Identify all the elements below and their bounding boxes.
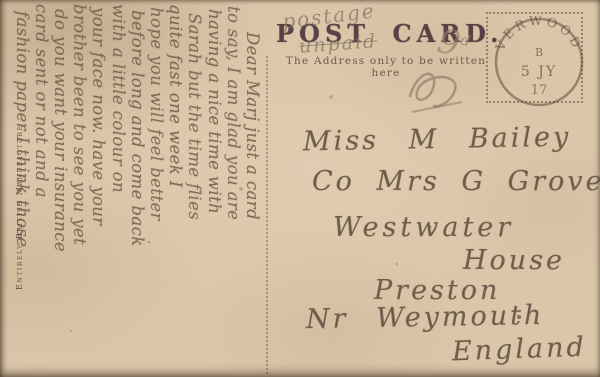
message-line: having a nice time with: [204, 9, 223, 374]
message-line: to say, I am glad you are: [224, 6, 243, 374]
divider-line: [266, 56, 268, 374]
address-line-house-1: Westwater: [333, 212, 514, 243]
message-panel: Dear Marj just a card to say, I am glad …: [6, 2, 262, 374]
address-line-town: Nr Weymouth: [306, 300, 545, 335]
address-line-country: England: [452, 332, 588, 368]
message-line: quite fast one week I: [166, 4, 185, 374]
message-line: card sent or not and a: [32, 4, 51, 374]
message-line: Sarah but the time flies: [185, 13, 204, 374]
postmark-code: B: [535, 46, 543, 59]
postmark: VERWOOD B 5 JY 17: [492, 15, 586, 109]
pencil-scribble-mark: [404, 64, 468, 118]
address-line-care-of: Co Mrs G Groves: [312, 166, 600, 197]
paper-speckles: [0, 0, 2, 2]
address-line-recipient: Miss M Bailey: [303, 122, 572, 158]
message-line: brother been to see you yet: [70, 4, 89, 374]
message-line: Dear Marj just a card: [243, 32, 262, 374]
message-line: do you want your insurance: [51, 9, 70, 374]
message-rotated-block: Dear Marj just a card to say, I am glad …: [6, 2, 262, 374]
message-line: with a little colour on: [108, 4, 127, 374]
pencil-unpaid-note: unpaid: [298, 30, 378, 57]
postmark-year: 17: [531, 83, 548, 98]
message-line: before long and come back: [128, 10, 147, 374]
message-line: your face now. have your: [89, 7, 108, 374]
address-line-house-2: House: [463, 245, 565, 276]
manufacture-imprint: Entirely British Manufacture: [15, 100, 28, 290]
postmark-date: 5 JY: [521, 64, 557, 80]
edge-imprint-wrap: Entirely British Manufacture: [15, 100, 28, 290]
message-line: hope you will feel better: [147, 7, 166, 374]
postcard-scan: Dear Marj just a card to say, I am glad …: [0, 0, 600, 377]
